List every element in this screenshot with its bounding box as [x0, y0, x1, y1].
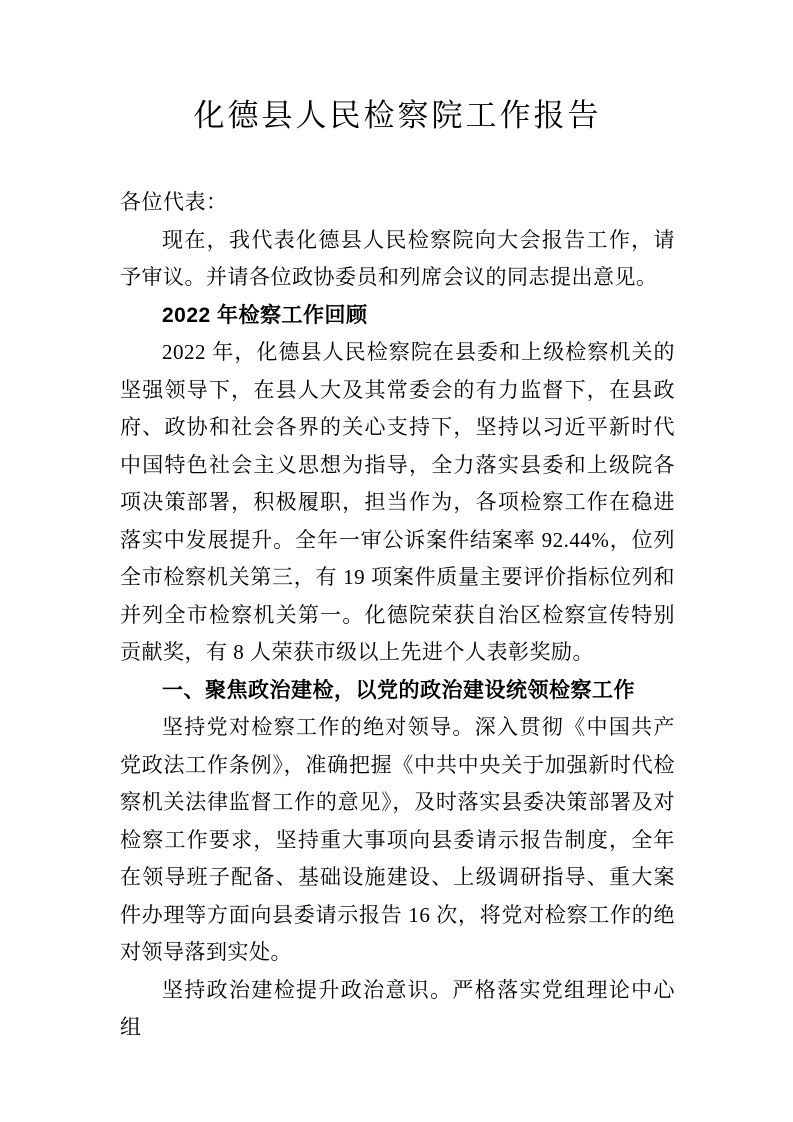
paragraph-2022-overview: 2022 年，化德县人民检察院在县委和上级检察机关的坚强领导下，在县人大及其常委…: [120, 334, 675, 672]
paragraph-party-leadership: 坚持党对检察工作的绝对领导。深入贯彻《中国共产党政法工作条例》，准确把握《中共中…: [120, 709, 675, 972]
opening-paragraph: 现在，我代表化德县人民检察院向大会报告工作，请予审议。并请各位政协委员和列席会议…: [120, 222, 675, 297]
paragraph-political-awareness: 坚持政治建检提升政治意识。严格落实党组理论中心组: [120, 972, 675, 1047]
document-page: 化德县人民检察院工作报告 各位代表： 现在，我代表化德县人民检察院向大会报告工作…: [0, 0, 793, 1122]
heading-section-1: 一、聚焦政治建检，以党的政治建设统领检察工作: [120, 672, 675, 710]
salutation-line: 各位代表：: [120, 184, 675, 222]
heading-2022-review: 2022 年检察工作回顾: [120, 297, 675, 335]
document-title: 化德县人民检察院工作报告: [120, 94, 675, 138]
